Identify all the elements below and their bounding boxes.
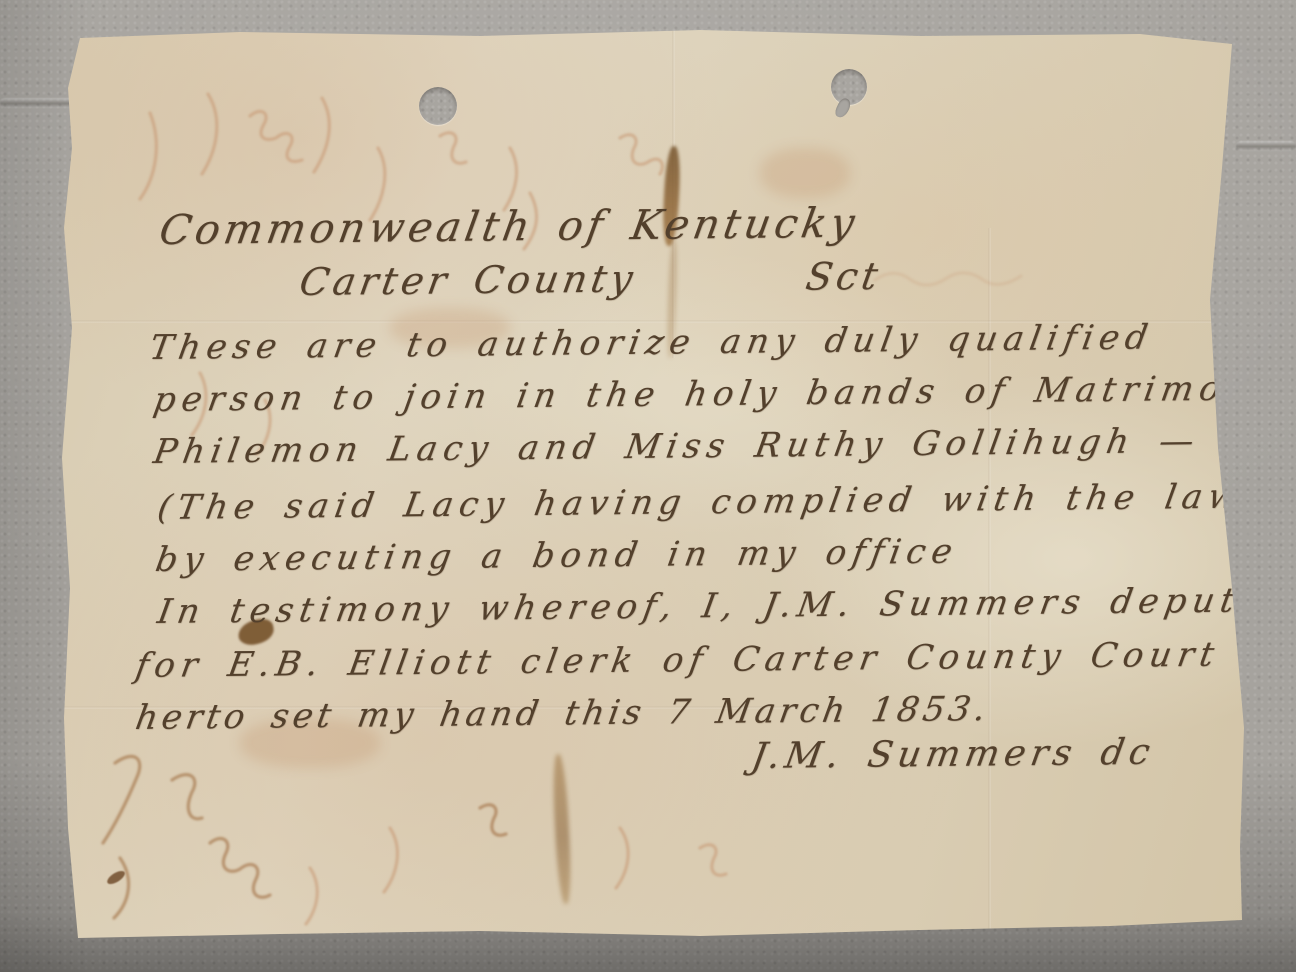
heading-sct: Sct	[803, 254, 885, 299]
document-paper: Commonwealth of Kentucky Carter CountySc…	[60, 28, 1250, 943]
punch-hole-left	[419, 87, 457, 125]
heading-county: Carter County	[296, 256, 639, 304]
signature: J.M. Summers dc	[749, 732, 1158, 777]
heading-commonwealth: Commonwealth of Kentucky	[156, 199, 862, 254]
body-line-5: by executing a bond in my office	[153, 532, 962, 580]
paper-stain	[760, 148, 850, 198]
heading-county-line: Carter CountySct	[296, 254, 884, 304]
photo-scene: Commonwealth of Kentucky Carter CountySc…	[0, 0, 1296, 972]
